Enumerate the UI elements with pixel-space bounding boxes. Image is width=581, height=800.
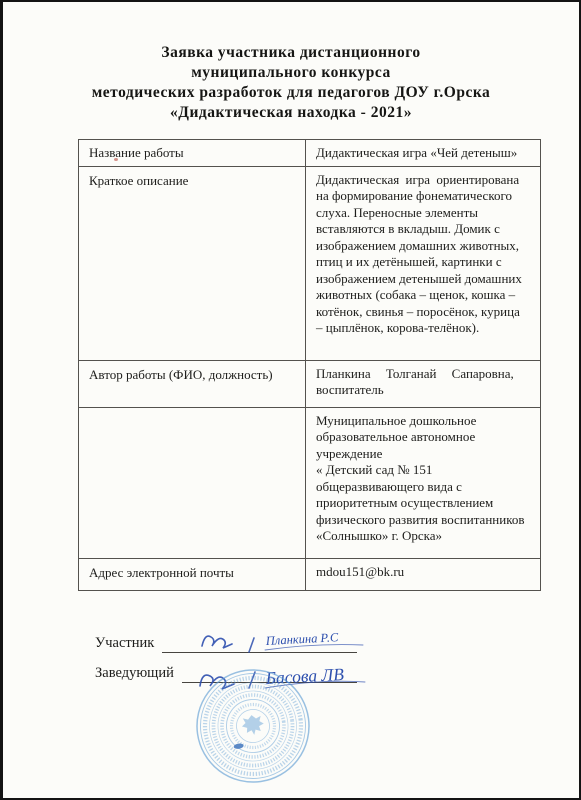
title-line-3: методических разработок для педагогов ДО… (3, 83, 579, 103)
table-row-work-title: Название работы Дидактическая игра «Чей … (79, 140, 540, 167)
row-value: Дидактическая игра «Чей детеныш» (306, 140, 540, 166)
table-row-description: Краткое описание Дидактическая игра орие… (79, 167, 540, 361)
title-line-2: муниципального конкурса (3, 63, 579, 83)
row-value: mdou151@bk.ru (306, 559, 540, 590)
table-row-institution: Муниципальное дошкольное образовательное… (79, 408, 540, 559)
stamp-ink-blot (233, 743, 244, 750)
stamp-center-emblem (241, 714, 266, 737)
row-label (79, 408, 306, 558)
official-round-stamp (181, 652, 326, 800)
document-title: Заявка участника дистанционного муниципа… (3, 43, 579, 123)
row-label: Автор работы (ФИО, должность) (79, 361, 306, 407)
title-line-4: «Дидактическая находка - 2021» (3, 103, 579, 123)
title-line-1: Заявка участника дистанционного (3, 43, 579, 63)
signature-label: Участник (95, 635, 154, 653)
row-label: Адрес электронной почты (79, 559, 306, 590)
table-row-author: Автор работы (ФИО, должность) Планкина Т… (79, 361, 540, 408)
row-label: Краткое описание (79, 167, 306, 360)
table-row-email: Адрес электронной почты mdou151@bk.ru (79, 559, 540, 590)
scanned-application-form: Заявка участника дистанционного муниципа… (0, 0, 581, 800)
row-value: Муниципальное дошкольное образовательное… (306, 408, 540, 558)
row-value: Планкина Толганай Сапаровна, воспитатель (306, 361, 540, 407)
application-table: Название работы Дидактическая игра «Чей … (78, 139, 541, 591)
row-label: Название работы (79, 140, 306, 166)
participant-signature-name: Планкина Р.С (264, 630, 339, 648)
row-value: Дидактическая игра ориентирована на форм… (306, 167, 540, 360)
